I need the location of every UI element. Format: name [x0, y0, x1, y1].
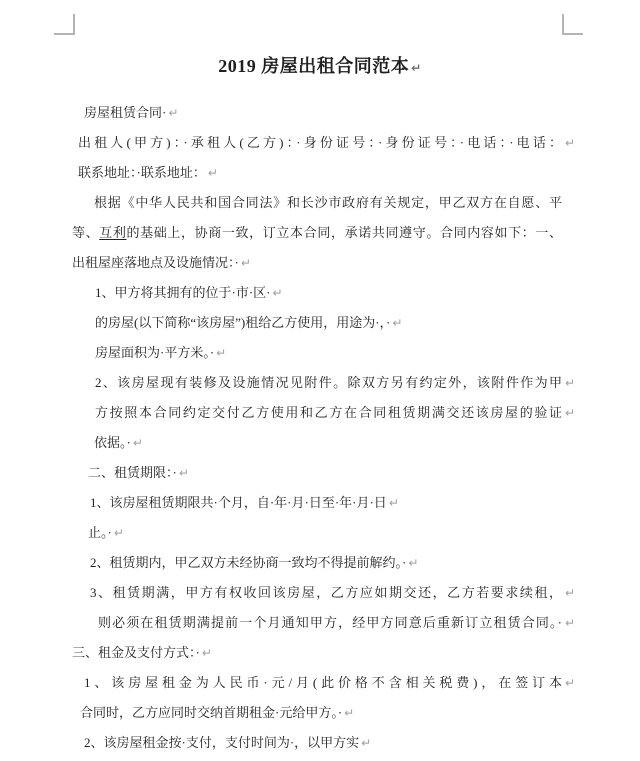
paragraph-text: 2、该房屋现有装修及设施情况见附件。除双方另有约定外，该附件作为甲: [95, 375, 562, 390]
paragraph-text: 二、租赁期限：·: [88, 465, 177, 480]
paragraph-line: 1、该房屋租金为人民币·元/月(此价格不含相关税费)，在签订本↵: [84, 668, 562, 698]
paragraph-text: 方按照本合同约定交付乙方使用和乙方在合同租赁期满交还该房屋的验证: [95, 405, 562, 420]
paragraph-line: 3、租赁期满，甲方有权收回该房屋，乙方应如期交还，乙方若要求续租，↵: [90, 578, 562, 608]
paragraph-line: 三、租金及支付方式：·↵: [72, 638, 640, 668]
return-mark-icon: ↵: [271, 286, 283, 300]
paragraph-line: 依据。·↵: [94, 428, 640, 458]
paragraph-text: 3、租赁期满，甲方有权收回该房屋，乙方应如期交还，乙方若要求续租，: [90, 585, 562, 600]
paragraph-text: 1、该房屋租金为人民币·元/月(此价格不含相关税费)，在签订本: [84, 675, 562, 690]
paragraph-text: 的房屋(以下简称“该房屋”)租给乙方使用，用途为·，·: [95, 315, 390, 330]
return-mark-icon: ↵: [177, 466, 189, 480]
return-mark-icon: ↵: [214, 346, 226, 360]
return-mark-icon: ↵: [562, 608, 575, 638]
paragraph-text: 则必须在租赁期满提前一个月通知甲方，经甲方同意后重新订立租赁合同。·: [98, 615, 562, 630]
paragraph-text: 1、甲方将其拥有的位于·市·区·: [95, 285, 271, 300]
paragraph-text: 1、该房屋租赁期限共·个月，自·年·月·日至·年·月·日: [90, 495, 387, 510]
paragraph-text: 的基础上，协商一致，订立本合同，承诺共同遵守。合同内容如下：一、: [127, 225, 562, 240]
return-mark-icon: ↵: [131, 436, 143, 450]
paragraph-line: 房屋租赁合同·↵: [84, 98, 640, 128]
paragraph-text: 2、租赁期内，甲乙双方未经协商一致均不得提前解约。·: [90, 555, 406, 570]
return-mark-icon: ↵: [562, 668, 575, 698]
page-title-text: 2019 房屋出租合同范本: [218, 56, 409, 76]
paragraph-line: 的房屋(以下简称“该房屋”)租给乙方使用，用途为·，·↵: [95, 308, 640, 338]
paragraph-text: 依据。·: [94, 435, 131, 450]
paragraph-text: 等、: [72, 225, 99, 240]
paragraph-line: 出租屋座落地点及设施情况：·↵: [72, 248, 640, 278]
paragraph-line: 二、租赁期限：·↵: [88, 458, 640, 488]
paragraph-line: 合同时，乙方应同时交纳首期租金·元给甲方。·↵: [80, 698, 640, 728]
paragraph-text: 联系地址：·联系地址：: [78, 165, 206, 180]
return-mark-icon: ↵: [342, 706, 354, 720]
return-mark-icon: ↵: [562, 368, 575, 398]
return-mark-icon: ↵: [112, 526, 124, 540]
paragraph-line: 2、租赁期内，甲乙双方未经协商一致均不得提前解约。·↵: [90, 548, 640, 578]
return-mark-icon: ↵: [239, 256, 251, 270]
document-body: 房屋租赁合同·↵出租人(甲方)：·承租人(乙方)：·身份证号：·身份证号：·电话…: [0, 98, 640, 758]
return-mark-icon: ↵: [409, 61, 422, 75]
paragraph-line: 1、该房屋租赁期限共·个月，自·年·月·日至·年·月·日↵: [90, 488, 640, 518]
paragraph-line: 方按照本合同约定交付乙方使用和乙方在合同租赁期满交还该房屋的验证↵: [95, 398, 562, 428]
paragraph-line: 房屋面积为·平方米。·↵: [95, 338, 640, 368]
paragraph-text: 房屋租赁合同·: [84, 105, 166, 120]
paragraph-line: 2、该房屋租金按·支付，支付时间为·，以甲方实↵: [84, 728, 640, 758]
return-mark-icon: ↵: [166, 106, 178, 120]
return-mark-icon: ↵: [562, 578, 575, 608]
paragraph-line: 根据《中华人民共和国合同法》和长沙市政府有关规定，甲乙双方在自愿、平: [94, 188, 562, 218]
margin-crop-mark-top-right: [562, 14, 583, 35]
paragraph-text: 房屋面积为·平方米。·: [95, 345, 214, 360]
paragraph-line: 2、该房屋现有装修及设施情况见附件。除双方另有约定外，该附件作为甲↵: [95, 368, 562, 398]
paragraph-text: 合同时，乙方应同时交纳首期租金·元给甲方。·: [80, 705, 342, 720]
paragraph-line: 出租人(甲方)：·承租人(乙方)：·身份证号：·身份证号：·电话：·电话：↵: [78, 128, 562, 158]
return-mark-icon: ↵: [562, 398, 575, 428]
paragraph-line: 1、甲方将其拥有的位于·市·区·↵: [95, 278, 640, 308]
return-mark-icon: ↵: [206, 166, 218, 180]
paragraph-text: 2、该房屋租金按·支付，支付时间为·，以甲方实: [84, 735, 359, 750]
margin-crop-mark-top-left: [54, 14, 75, 35]
return-mark-icon: ↵: [390, 316, 402, 330]
return-mark-icon: ↵: [387, 496, 399, 510]
return-mark-icon: ↵: [200, 646, 212, 660]
paragraph-line: 止。·↵: [88, 518, 640, 548]
paragraph-text: 止。·: [88, 525, 112, 540]
paragraph-text: 根据《中华人民共和国合同法》和长沙市政府有关规定，甲乙双方在自愿、平: [94, 195, 562, 210]
paragraph-line: 联系地址：·联系地址：↵: [78, 158, 640, 188]
paragraph-line: 则必须在租赁期满提前一个月通知甲方，经甲方同意后重新订立租赁合同。·↵: [98, 608, 562, 638]
paragraph-text: 三、租金及支付方式：·: [72, 645, 200, 660]
paragraph-line: 等、互利的基础上，协商一致，订立本合同，承诺共同遵守。合同内容如下：一、: [72, 218, 562, 248]
return-mark-icon: ↵: [562, 128, 575, 158]
contract-document: 2019 房屋出租合同范本↵ 房屋租赁合同·↵出租人(甲方)：·承租人(乙方)：…: [0, 0, 640, 761]
return-mark-icon: ↵: [359, 736, 371, 750]
page-title: 2019 房屋出租合同范本↵: [0, 50, 640, 82]
paragraph-text: 出租屋座落地点及设施情况：·: [72, 255, 239, 270]
paragraph-text: 出租人(甲方)：·承租人(乙方)：·身份证号：·身份证号：·电话：·电话：: [78, 135, 562, 150]
underlined-text: 互利: [99, 225, 126, 240]
return-mark-icon: ↵: [406, 556, 418, 570]
